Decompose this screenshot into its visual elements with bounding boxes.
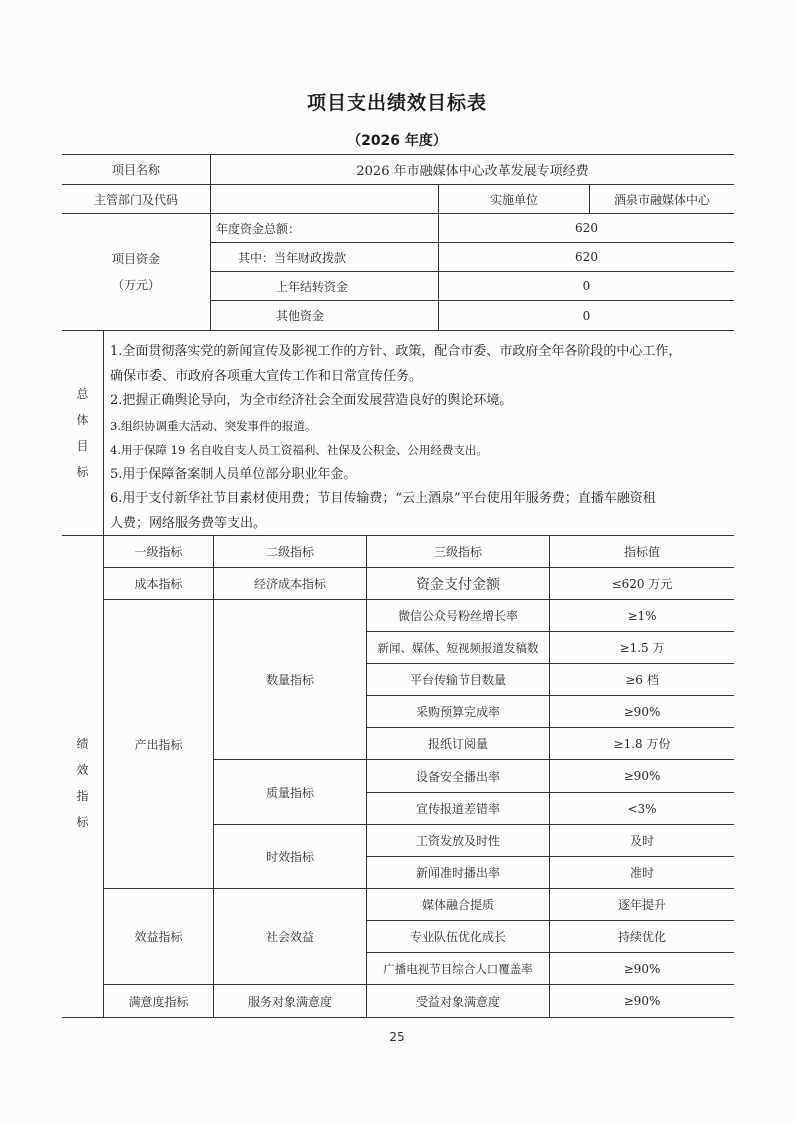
- performance-label: 绩 效 指 标: [62, 730, 103, 836]
- indicator-value: ≥6 档: [550, 664, 734, 695]
- goal-line: 6.用于支付新华社节目素材使用费；节目传输费；“云上酒泉”平台使用年服务费；直播…: [110, 487, 730, 512]
- funds-label: 项目资金 （万元）: [62, 214, 210, 330]
- column-header: 指标值: [550, 536, 734, 567]
- funds-row-value: 0: [439, 272, 734, 300]
- rule: [62, 330, 734, 331]
- label-char: 效: [76, 757, 88, 783]
- funds-label-line1: 项目资金: [112, 246, 160, 272]
- indicator-name: 平台传输节目数量: [367, 664, 549, 695]
- level2-economic-cost: 经济成本指标: [214, 568, 366, 599]
- level2-quantity: 数量指标: [214, 600, 366, 759]
- indicator-name: 专业队伍优化成长: [367, 921, 549, 952]
- level2-timeliness: 时效指标: [214, 825, 366, 888]
- label-char: 标: [76, 459, 88, 485]
- goal-line: 确保市委、市政府各项重大宣传工作和日常宣传任务。: [110, 365, 730, 390]
- indicator-value: ≥90%: [550, 760, 734, 792]
- funds-row-label: 其中：当年财政拨款: [238, 243, 438, 271]
- indicator-value: 持续优化: [550, 921, 734, 952]
- document-title: 项目支出绩效目标表: [0, 88, 794, 115]
- funds-label-line2: （万元）: [112, 272, 160, 298]
- indicator-name: 媒体融合提质: [367, 889, 549, 920]
- label-char: 指: [76, 783, 88, 809]
- goal-line: 2.把握正确舆论导向，为全市经济社会全面发展营造良好的舆论环境。: [110, 389, 730, 414]
- level1-benefit: 效益指标: [104, 889, 213, 984]
- column-header: 二级指标: [214, 536, 366, 567]
- indicator-name: 采购预算完成率: [367, 696, 549, 727]
- level2-quality: 质量指标: [214, 760, 366, 824]
- dept-value: [211, 185, 438, 213]
- goal-line: 人费；网络服务费等支出。: [110, 512, 730, 537]
- indicator-name: 微信公众号粉丝增长率: [367, 600, 549, 631]
- label-char: 目: [76, 433, 88, 459]
- document-subtitle: （2026 年度）: [0, 130, 794, 150]
- indicator-value: 及时: [550, 825, 734, 856]
- indicator-value: ≤620 万元: [550, 568, 734, 599]
- funds-row-value: 620: [439, 214, 734, 242]
- funds-row-label: 年度资金总额：: [216, 214, 438, 242]
- level1-cost: 成本指标: [104, 568, 213, 599]
- indicator-value: 逐年提升: [550, 889, 734, 920]
- funds-row-value: 620: [439, 243, 734, 271]
- funds-row-value: 0: [439, 301, 734, 330]
- indicator-value: ≥1.8 万份: [550, 728, 734, 759]
- label-char: 总: [76, 381, 88, 407]
- indicator-value: ≥1.5 万: [550, 632, 734, 663]
- indicator-name: 宣传报道差错率: [367, 793, 549, 824]
- goal-line: 4.用于保障 19 名自收自支人员工资福利、社保及公积金、公用经费支出。: [110, 438, 730, 463]
- indicator-value: <3%: [550, 793, 734, 824]
- indicator-value: ≥90%: [550, 696, 734, 727]
- funds-row-label: 其他资金: [276, 301, 438, 330]
- indicator-name: 新闻、媒体、短视频报道发稿数: [367, 632, 549, 663]
- indicator-name: 设备安全播出率: [367, 760, 549, 792]
- indicator-value: 准时: [550, 857, 734, 888]
- impl-unit-label: 实施单位: [439, 185, 589, 213]
- label-char: 标: [76, 809, 88, 835]
- label-char: 体: [76, 407, 88, 433]
- label-char: 绩: [76, 731, 88, 757]
- level1-satisfaction: 满意度指标: [104, 985, 213, 1017]
- indicator-value: ≥1%: [550, 600, 734, 631]
- level2-service-satisfaction: 服务对象满意度: [214, 985, 366, 1017]
- indicator-value: ≥90%: [550, 985, 734, 1017]
- indicator-name: 受益对象满意度: [367, 985, 549, 1017]
- impl-unit-value: 酒泉市融媒体中心: [590, 185, 734, 213]
- rule: [103, 330, 104, 535]
- indicator-name: 资金支付金额: [367, 568, 549, 599]
- indicator-value: ≥90%: [550, 953, 734, 984]
- indicator-name: 广播电视节目综合人口覆盖率: [367, 953, 549, 984]
- column-header: 三级指标: [367, 536, 549, 567]
- level2-social-benefit: 社会效益: [214, 889, 366, 984]
- overall-goals-text: 1.全面贯彻落实党的新闻宣传及影视工作的方针、政策，配合市委、市政府全年各阶段的…: [110, 340, 730, 536]
- rule: [62, 1017, 734, 1018]
- level1-output: 产出指标: [104, 600, 213, 888]
- goal-line: 5.用于保障备案制人员单位部分职业年金。: [110, 463, 730, 488]
- project-name-value: 2026 年市融媒体中心改革发展专项经费: [211, 155, 734, 184]
- column-header: 一级指标: [104, 536, 213, 567]
- goal-line: 3.组织协调重大活动、突发事件的报道。: [110, 414, 730, 439]
- funds-row-label: 上年结转资金: [276, 272, 438, 300]
- indicator-name: 新闻准时播出率: [367, 857, 549, 888]
- project-name-label: 项目名称: [62, 155, 210, 184]
- goal-line: 1.全面贯彻落实党的新闻宣传及影视工作的方针、政策，配合市委、市政府全年各阶段的…: [110, 340, 730, 365]
- page-number: 25: [0, 1030, 794, 1044]
- indicator-name: 工资发放及时性: [367, 825, 549, 856]
- indicator-name: 报纸订阅量: [367, 728, 549, 759]
- overall-goals-label: 总 体 目 标: [62, 380, 103, 486]
- dept-label: 主管部门及代码: [62, 185, 210, 213]
